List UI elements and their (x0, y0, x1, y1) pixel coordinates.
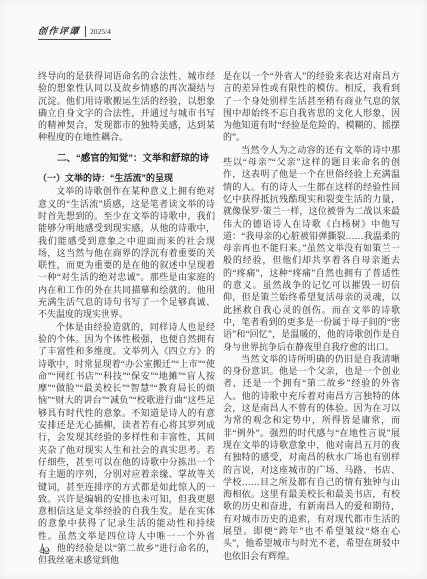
paragraph: 终导向的是获得词语命名的合法性、城市经验的想象性认同以及故乡情感的再次凝结与沉淀… (38, 70, 215, 144)
article-body: 终导向的是获得词语命名的合法性、城市经验的想象性认同以及故乡情感的再次凝结与沉淀… (38, 70, 400, 567)
paragraph: 个体是由经验造就的，同样诗人也是经验的个体。因为个体性极强，也便自然拥有了丰富性… (38, 321, 215, 567)
journal-logo: 创作评谭 (37, 24, 80, 37)
journal-issue: 2025/4 (85, 26, 111, 37)
journal-page: 创作评谭 2025/4 终导向的是获得词语命名的合法性、城市经验的想象性认同以及… (0, 0, 427, 579)
left-column: 终导向的是获得词语命名的合法性、城市经验的想象性认同以及故乡情感的再次凝结与沉淀… (38, 70, 215, 567)
subsection-heading: （一）文举的诗：“生活流”的呈现 (38, 172, 215, 184)
section-heading: 二、“感官的知觉”：文举和舒琼的诗 (38, 153, 215, 165)
paragraph: 当然文举的诗所明确的仍旧是自我清晰的身份意识。他是一个父亲，也是一个创业者，还是… (223, 353, 400, 562)
paragraph: 当然令人为之动容的还有文举的诗中那些以“母亲”“父亲”这样的题目来命名的创作，这… (223, 144, 400, 353)
paragraph: 文举的诗歌创作在某种意义上拥有绝对意义的“生活流”质感，这是笔者读文举的诗时首先… (38, 185, 215, 320)
paragraph: 是在以一个“外省人”的经验来表达对南昌方言的差异性或有限性的模仿。相反，我看到了… (223, 70, 400, 144)
page-number: 42 (40, 547, 50, 557)
page-header: 创作评谭 2025/4 (38, 24, 111, 40)
right-column: 是在以一个“外省人”的经验来表达对南昌方言的差异性或有限性的模仿。相反，我看到了… (223, 70, 400, 567)
